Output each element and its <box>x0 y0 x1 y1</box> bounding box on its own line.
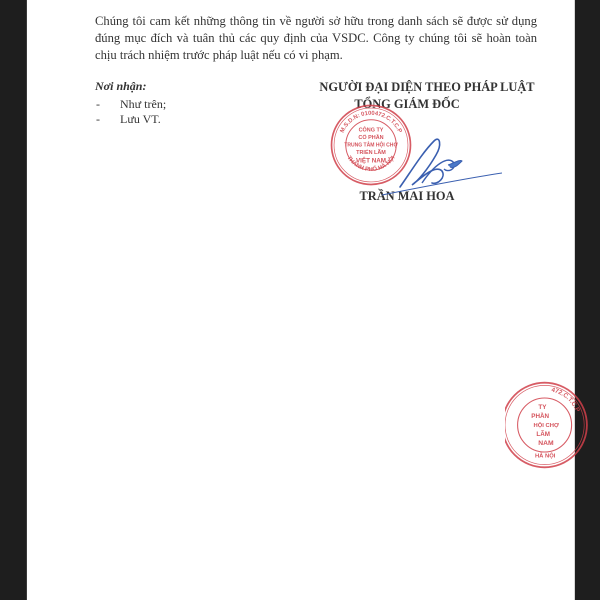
recipient-text: Như trên; <box>120 97 166 112</box>
partial-seal-line: HỘI CHỢ <box>534 421 559 429</box>
bullet: - <box>95 97 120 112</box>
partial-seal-line: NAM <box>538 440 554 447</box>
commitment-paragraph: Chúng tôi cam kết những thông tin về ngư… <box>95 13 537 64</box>
recipients-label: Nơi nhận: <box>95 79 166 94</box>
handwritten-signature-icon <box>362 135 502 197</box>
partial-seal-line: HÀ NỘI <box>535 451 556 459</box>
partial-seal-line: TY <box>538 404 547 411</box>
partial-seal-line: LÃM <box>536 429 550 438</box>
representative-title: NGƯỜI ĐẠI DIỆN THEO PHÁP LUẬT <box>307 79 547 96</box>
partial-seal-line: PHẦN <box>531 410 549 420</box>
seal-line: CÔNG TY <box>359 126 384 134</box>
recipient-text: Lưu VT. <box>120 112 161 127</box>
recipients-block: Nơi nhận: - Như trên; - Lưu VT. <box>95 79 166 127</box>
recipient-item: - Lưu VT. <box>95 112 166 127</box>
partial-seal-icon: 472.C.T.C.P TY PHẦN HỘI CHỢ LÃM NAM HÀ N… <box>505 380 595 470</box>
bullet: - <box>95 112 120 127</box>
document-page: Chúng tôi cam kết những thông tin về ngư… <box>27 0 574 600</box>
recipient-item: - Như trên; <box>95 97 166 112</box>
